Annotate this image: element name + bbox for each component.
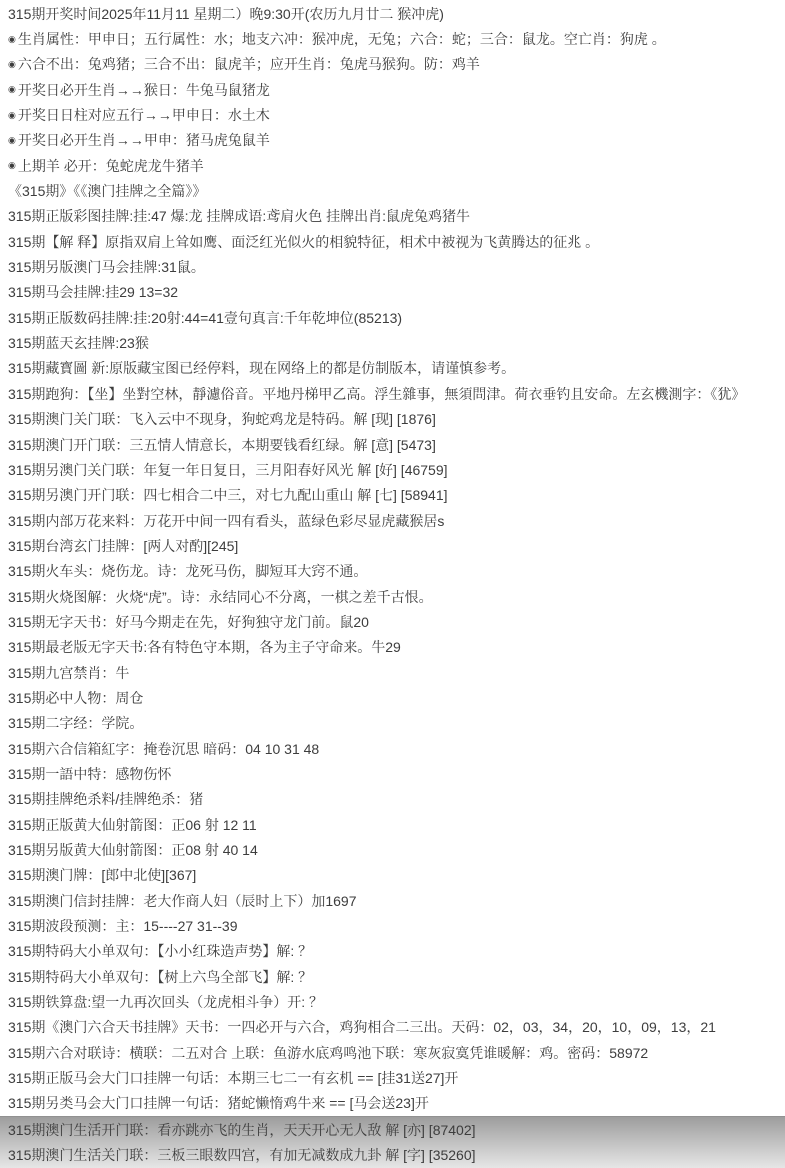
line-text: 315期一語中特：感物伤怀 <box>8 764 171 784</box>
text-line: 315期最老版无字天书:各有特色守本期，各为主子守命来。牛29 <box>0 635 785 660</box>
text-line: 《315期》《《澳门挂牌之全篇》》 <box>0 178 785 203</box>
text-line: 315期正版数码挂牌:挂:20射:44=41壹句真言:千年乾坤位(85213) <box>0 305 785 330</box>
line-text: 315期必中人物：周仓 <box>8 688 143 708</box>
page: 315期开奖时间2025年11月11 星期二）晚9:30开(农历九月廿二 猴冲虎… <box>0 0 785 1168</box>
line-text: 315期火烧图解：火烧“虎”。诗：永结同心不分离，一棋之差千古恨。 <box>8 587 433 607</box>
text-line: 315期波段预测：主：15----27 31--39 <box>0 913 785 938</box>
text-line: 315期澳门信封挂牌：老大作商人妇（辰时上下）加1697 <box>0 888 785 913</box>
text-line: 315期澳门牌：[郎中北使][367] <box>0 863 785 888</box>
line-text: 315期另类马会大门口挂牌一句话：猪蛇懒惰鸡牛来 == [马会送23]开 <box>8 1093 429 1113</box>
line-text: 315期马会挂牌:挂29 13=32 <box>8 282 178 302</box>
text-line: 315期蓝天玄挂牌:23猴 <box>0 330 785 355</box>
line-text: 315期另澳门关门联：年复一年日复日，三月阳春好风光 解 [好] [46759] <box>8 460 448 480</box>
content-lines: 315期开奖时间2025年11月11 星期二）晚9:30开(农历九月廿二 猴冲虎… <box>0 0 785 1116</box>
text-line: 315期开奖时间2025年11月11 星期二）晚9:30开(农历九月廿二 猴冲虎… <box>0 1 785 26</box>
line-text: 开奖日日柱对应五行→→甲申日：水土木 <box>18 105 270 125</box>
text-line: 315期二字经：学院。 <box>0 711 785 736</box>
line-text: 315期正版黄大仙射箭图：正06 射 12 11 <box>8 815 257 835</box>
line-text: 315期另版黄大仙射箭图：正08 射 40 14 <box>8 840 258 860</box>
text-line: 315期火车头：烧伤龙。诗：龙死马伤，脚短耳大窍不通。 <box>0 559 785 584</box>
text-line: 315期必中人物：周仓 <box>0 685 785 710</box>
text-line: 315期火烧图解：火烧“虎”。诗：永结同心不分离，一棋之差千古恨。 <box>0 584 785 609</box>
text-line: ◉ 上期羊 必开：兔蛇虎龙牛猪羊 <box>0 153 785 178</box>
text-line: 315期台湾玄门挂牌：[两人对酌][245] <box>0 533 785 558</box>
line-text: 315期跑狗：【坐】坐對空林，靜濾俗音。平地丹梯甲乙高。浮生雜事，無須問津。荷衣… <box>8 384 745 404</box>
text-line: 315期六合对联诗：横联：二五对合 上联：鱼游水底鸡鸣池下联：寒灰寂寞凭谁暖解：… <box>0 1040 785 1065</box>
text-line: 315期正版彩图挂牌:挂:47 爆:龙 挂牌成语:鸢肩火色 挂牌出肖:鼠虎兔鸡猪… <box>0 204 785 229</box>
text-line: ◉ 六合不出：兔鸡猪；三合不出：鼠虎羊；应开生肖：兔虎马猴狗。防：鸡羊 <box>0 52 785 77</box>
line-text: 315期六合信箱紅字：掩卷沉思 暗码：04 10 31 48 <box>8 739 319 759</box>
line-text: 315期九宫禁肖：牛 <box>8 663 129 683</box>
text-line: 315期内部万花来料：万花开中间一四有看头，蓝绿色彩尽显虎藏猴居s <box>0 508 785 533</box>
line-text: 315期藏寳圖 新:原版藏宝图已经停料，现在网络上的都是仿制版本，请谨慎参考。 <box>8 358 515 378</box>
bullseye-bullet-icon: ◉ <box>8 60 16 69</box>
text-line: 315期九宫禁肖：牛 <box>0 660 785 685</box>
bullseye-bullet-icon: ◉ <box>8 85 16 94</box>
line-text: 315期最老版无字天书:各有特色守本期，各为主子守命来。牛29 <box>8 637 401 657</box>
line-text: 315期内部万花来料：万花开中间一四有看头，蓝绿色彩尽显虎藏猴居s <box>8 511 444 531</box>
line-text: 315期澳门生活开门联：看亦跳亦飞的生肖，天天开心无人敌 解 [亦] [8740… <box>8 1120 476 1140</box>
text-line: 315期另澳门关门联：年复一年日复日，三月阳春好风光 解 [好] [46759] <box>0 457 785 482</box>
line-text: 315期开奖时间2025年11月11 星期二）晚9:30开(农历九月廿二 猴冲虎… <box>8 4 444 24</box>
text-line: ◉ 开奖日必开生肖→→猴日：牛兔马鼠猪龙 <box>0 77 785 102</box>
text-line: 315期【解 释】原指双肩上耸如鹰、面泛红光似火的相貌特征，相术中被视为飞黄腾达… <box>0 229 785 254</box>
line-text: 315期正版数码挂牌:挂:20射:44=41壹句真言:千年乾坤位(85213) <box>8 308 402 328</box>
line-text: 315期另澳门开门联：四七相合二中三，对七九配山重山 解 [七] [58941] <box>8 485 448 505</box>
text-line: 315期六合信箱紅字：掩卷沉思 暗码：04 10 31 48 <box>0 736 785 761</box>
line-text: 315期澳门牌：[郎中北使][367] <box>8 865 196 885</box>
line-text: 315期无字天书：好马今期走在先，好狗独守龙门前。鼠20 <box>8 612 369 632</box>
line-text: 315期火车头：烧伤龙。诗：龙死马伤，脚短耳大窍不通。 <box>8 561 367 581</box>
text-line: 315期澳门开门联：三五情人情意长，本期要钱看红绿。解 [意] [5473] <box>0 432 785 457</box>
line-text: 315期澳门信封挂牌：老大作商人妇（辰时上下）加1697 <box>8 891 357 911</box>
text-line: 315期特码大小单双句：【树上六鸟全部飞】解: ？ <box>0 964 785 989</box>
line-text: 315期挂牌绝杀料/挂牌绝杀：猪 <box>8 789 203 809</box>
line-text: 生肖属性：甲申日；五行属性：水；地支六冲：猴冲虎，无兔；六合：蛇；三合：鼠龙。空… <box>18 29 666 49</box>
text-line: 315期澳门关门联：飞入云中不现身，狗蛇鸡龙是特码。解 [现] [1876] <box>0 407 785 432</box>
line-text: 315期特码大小单双句：【树上六鸟全部飞】解: ？ <box>8 967 312 987</box>
line-text: 315期正版马会大门口挂牌一句话：本期三七二一有玄机 == [挂31送27]开 <box>8 1068 458 1088</box>
text-line: 315期跑狗：【坐】坐對空林，靜濾俗音。平地丹梯甲乙高。浮生雜事，無須問津。荷衣… <box>0 381 785 406</box>
text-line: 315期另澳门开门联：四七相合二中三，对七九配山重山 解 [七] [58941] <box>0 483 785 508</box>
text-line: 315期正版马会大门口挂牌一句话：本期三七二一有玄机 == [挂31送27]开 <box>0 1065 785 1090</box>
text-line: 315期澳门生活开门联：看亦跳亦飞的生肖，天天开心无人敌 解 [亦] [8740… <box>0 1117 785 1142</box>
line-text: 315期二字经：学院。 <box>8 713 143 733</box>
bullseye-bullet-icon: ◉ <box>8 111 16 120</box>
line-text: 315期六合对联诗：横联：二五对合 上联：鱼游水底鸡鸣池下联：寒灰寂寞凭谁暖解：… <box>8 1043 648 1063</box>
text-line: 315期特码大小单双句：【小小红珠造声势】解: ？ <box>0 939 785 964</box>
text-line: 315期铁算盘:望一九再次回头（龙虎相斗争）开: ？ <box>0 989 785 1014</box>
line-text: 315期波段预测：主：15----27 31--39 <box>8 916 238 936</box>
text-line: 315期无字天书：好马今期走在先，好狗独守龙门前。鼠20 <box>0 609 785 634</box>
line-text: 315期特码大小单双句：【小小红珠造声势】解: ？ <box>8 941 312 961</box>
text-line: ◉ 开奖日必开生肖→→甲申：猪马虎兔鼠羊 <box>0 128 785 153</box>
bottom-highlight-band: 315期澳门生活开门联：看亦跳亦飞的生肖，天天开心无人敌 解 [亦] [8740… <box>0 1116 785 1168</box>
text-line: 315期一語中特：感物伤怀 <box>0 761 785 786</box>
text-line: ◉ 开奖日日柱对应五行→→甲申日：水土木 <box>0 102 785 127</box>
line-text: 315期《澳门六合天书挂牌》天书：一四必开与六合，鸡狗相合二三出。天码：02，0… <box>8 1017 716 1037</box>
line-text: 315期澳门生活关门联：三板三眼数四宫，有加无减数成九卦 解 [字] [3526… <box>8 1145 476 1165</box>
line-text: 315期铁算盘:望一九再次回头（龙虎相斗争）开: ？ <box>8 992 323 1012</box>
text-line: 315期另类马会大门口挂牌一句话：猪蛇懒惰鸡牛来 == [马会送23]开 <box>0 1091 785 1116</box>
line-text: 315期正版彩图挂牌:挂:47 爆:龙 挂牌成语:鸢肩火色 挂牌出肖:鼠虎兔鸡猪… <box>8 206 470 226</box>
line-text: 开奖日必开生肖→→猴日：牛兔马鼠猪龙 <box>18 80 270 100</box>
line-text: 315期澳门开门联：三五情人情意长，本期要钱看红绿。解 [意] [5473] <box>8 435 436 455</box>
text-line: ◉ 生肖属性：甲申日；五行属性：水；地支六冲：猴冲虎，无兔；六合：蛇；三合：鼠龙… <box>0 26 785 51</box>
line-text: 315期另版澳门马会挂牌:31鼠。 <box>8 257 205 277</box>
text-line: 315期正版黄大仙射箭图：正06 射 12 11 <box>0 812 785 837</box>
text-line: 315期藏寳圖 新:原版藏宝图已经停料，现在网络上的都是仿制版本，请谨慎参考。 <box>0 356 785 381</box>
line-text: 315期【解 释】原指双肩上耸如鹰、面泛红光似火的相貌特征，相术中被视为飞黄腾达… <box>8 232 599 252</box>
bullseye-bullet-icon: ◉ <box>8 136 16 145</box>
line-text: 六合不出：兔鸡猪；三合不出：鼠虎羊；应开生肖：兔虎马猴狗。防：鸡羊 <box>18 54 480 74</box>
line-text: 开奖日必开生肖→→甲申：猪马虎兔鼠羊 <box>18 130 270 150</box>
text-line: 315期挂牌绝杀料/挂牌绝杀：猪 <box>0 787 785 812</box>
line-text: 315期澳门关门联：飞入云中不现身，狗蛇鸡龙是特码。解 [现] [1876] <box>8 409 436 429</box>
text-line: 315期另版黄大仙射箭图：正08 射 40 14 <box>0 837 785 862</box>
line-text: 315期台湾玄门挂牌：[两人对酌][245] <box>8 536 238 556</box>
line-text: 《315期》《《澳门挂牌之全篇》》 <box>8 181 206 201</box>
line-text: 上期羊 必开：兔蛇虎龙牛猪羊 <box>18 156 204 176</box>
bullseye-bullet-icon: ◉ <box>8 161 16 170</box>
text-line: 315期马会挂牌:挂29 13=32 <box>0 280 785 305</box>
bullseye-bullet-icon: ◉ <box>8 35 16 44</box>
text-line: 315期另版澳门马会挂牌:31鼠。 <box>0 254 785 279</box>
line-text: 315期蓝天玄挂牌:23猴 <box>8 333 149 353</box>
text-line: 315期《澳门六合天书挂牌》天书：一四必开与六合，鸡狗相合二三出。天码：02，0… <box>0 1015 785 1040</box>
text-line: 315期澳门生活关门联：三板三眼数四宫，有加无减数成九卦 解 [字] [3526… <box>0 1142 785 1167</box>
